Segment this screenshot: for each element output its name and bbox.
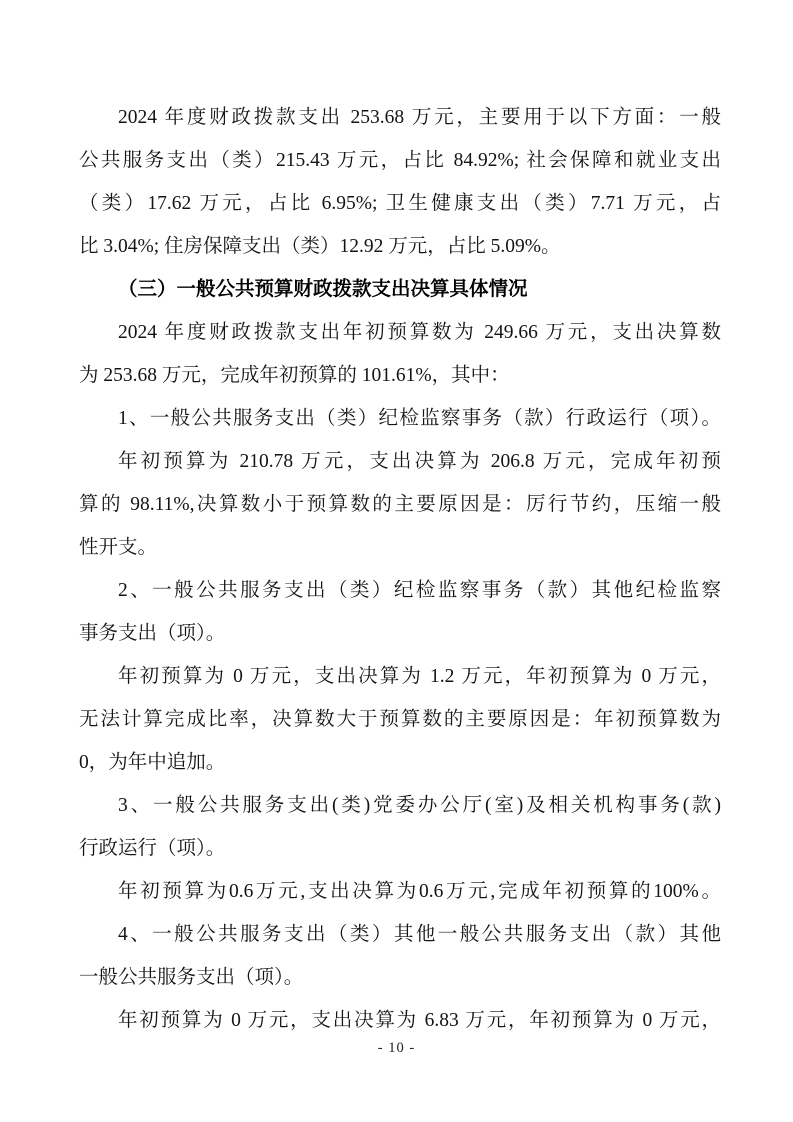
text-line: 年初预算为 0 万元，支出决算为 1.2 万元，年初预算为 0 万元，: [79, 655, 721, 698]
text-line: 4、一般公共服务支出（类）其他一般公共服务支出（款）其他: [79, 913, 721, 956]
text-line: 年初预算为 210.78 万元，支出决算为 206.8 万元，完成年初预: [79, 440, 721, 483]
text-line: 公共服务支出（类）215.43 万元，占比 84.92%; 社会保障和就业支出: [79, 139, 721, 182]
page-number: - 10 -: [0, 1038, 793, 1058]
text-line: 算的 98.11%,决算数小于预算数的主要原因是：厉行节约，压缩一般: [79, 483, 721, 526]
document-body: 2024 年度财政拨款支出 253.68 万元，主要用于以下方面：一般公共服务支…: [79, 96, 721, 1042]
text-line: 1、一般公共服务支出（类）纪检监察事务（款）行政运行（项）。: [79, 397, 721, 440]
text-line: 年初预算为0.6万元,支出决算为0.6万元,完成年初预算的100%。: [79, 870, 721, 913]
text-line: 一般公共服务支出（项）。: [79, 956, 721, 999]
text-line: 为 253.68 万元，完成年初预算的 101.61%，其中：: [79, 354, 721, 397]
text-line: （类）17.62 万元，占比 6.95%; 卫生健康支出（类）7.71 万元，占: [79, 182, 721, 225]
text-line: 3、一般公共服务支出(类)党委办公厅(室)及相关机构事务(款): [79, 784, 721, 827]
text-line: 2024 年度财政拨款支出 253.68 万元，主要用于以下方面：一般: [79, 96, 721, 139]
text-line: 0，为年中追加。: [79, 741, 721, 784]
section-heading: （三）一般公共预算财政拨款支出决算具体情况: [79, 268, 721, 311]
text-line: 事务支出（项）。: [79, 612, 721, 655]
text-line: 2024 年度财政拨款支出年初预算数为 249.66 万元，支出决算数: [79, 311, 721, 354]
text-line: 性开支。: [79, 526, 721, 569]
text-line: 无法计算完成比率，决算数大于预算数的主要原因是：年初预算数为: [79, 698, 721, 741]
text-line: 2、一般公共服务支出（类）纪检监察事务（款）其他纪检监察: [79, 569, 721, 612]
text-line: 比 3.04%; 住房保障支出（类）12.92 万元，占比 5.09%。: [79, 225, 721, 268]
text-line: 行政运行（项）。: [79, 827, 721, 870]
text-line: 年初预算为 0 万元，支出决算为 6.83 万元，年初预算为 0 万元，: [79, 999, 721, 1042]
document-page: 2024 年度财政拨款支出 253.68 万元，主要用于以下方面：一般公共服务支…: [0, 0, 793, 1122]
